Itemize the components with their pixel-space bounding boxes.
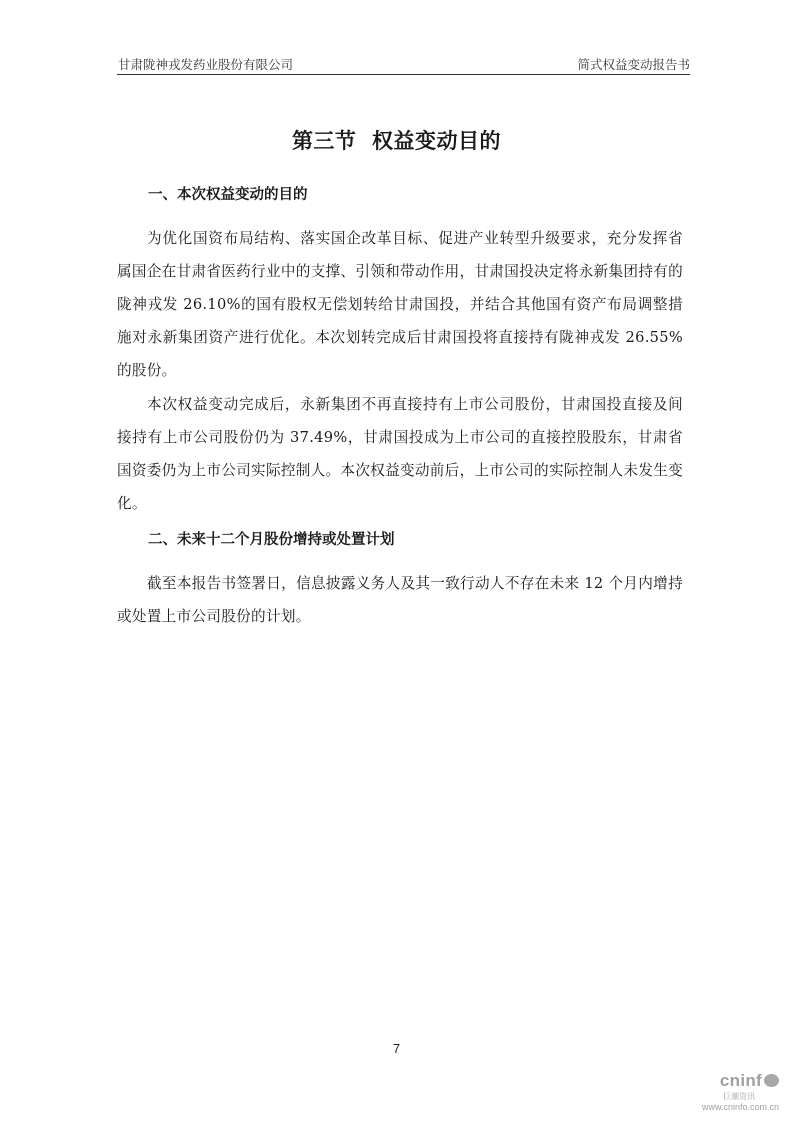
section-title: 第三节 权益变动目的: [0, 125, 793, 155]
paragraph-purpose-2: 本次权益变动完成后，永新集团不再直接持有上市公司股份，甘肃国投直接及间接持有上市…: [117, 388, 683, 520]
heading-future-plan: 二、未来十二个月股份增持或处置计划: [148, 528, 395, 549]
watermark-logo: cninf: [689, 1071, 779, 1091]
watermark-cn-name: 巨潮资讯: [689, 1091, 755, 1102]
watermark-url: www.cninfo.com.cn: [689, 1102, 779, 1112]
page-number: 7: [0, 1041, 793, 1056]
cninfo-swirl-icon: [764, 1074, 779, 1087]
paragraph-future-plan: 截至本报告书签署日，信息披露义务人及其一致行动人不存在未来 12 个月内增持或处…: [117, 567, 683, 633]
paragraph-purpose-1: 为优化国资布局结构、落实国企改革目标、促进产业转型升级要求，充分发挥省属国企在甘…: [117, 222, 683, 387]
header-company-name: 甘肃陇神戎发药业股份有限公司: [118, 55, 293, 73]
page-header: 甘肃陇神戎发药业股份有限公司 简式权益变动报告书: [117, 52, 690, 75]
header-document-type: 简式权益变动报告书: [577, 55, 690, 73]
heading-purpose: 一、本次权益变动的目的: [148, 183, 308, 204]
cninfo-watermark: cninf 巨潮资讯 www.cninfo.com.cn: [689, 1071, 779, 1112]
watermark-logo-text: cninf: [720, 1071, 762, 1090]
